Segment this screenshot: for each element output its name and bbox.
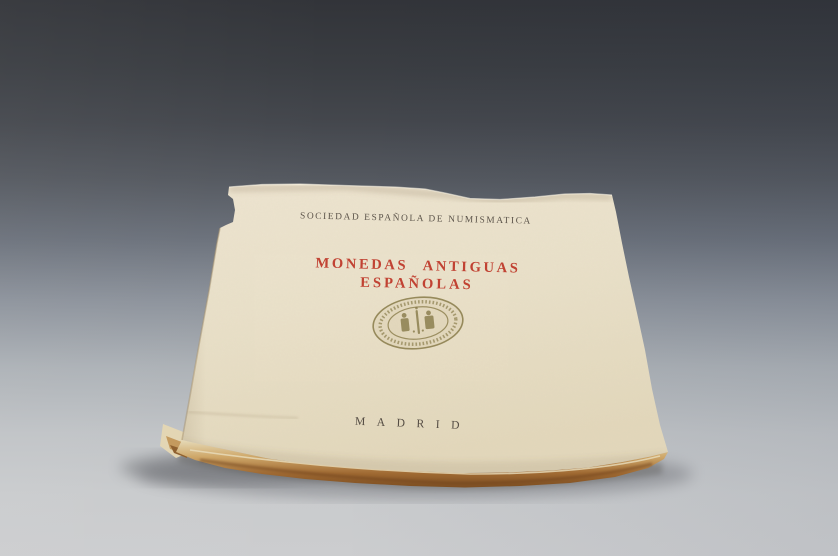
book-cover: SOCIEDAD ESPAÑOLA DE NUMISMATICA MONEDAS…	[170, 175, 680, 485]
photo-backdrop: SOCIEDAD ESPAÑOLA DE NUMISMATICA MONEDAS…	[0, 0, 838, 556]
book-photo: SOCIEDAD ESPAÑOLA DE NUMISMATICA MONEDAS…	[0, 0, 838, 556]
book-title-line2: ESPAÑOLAS	[360, 273, 474, 293]
